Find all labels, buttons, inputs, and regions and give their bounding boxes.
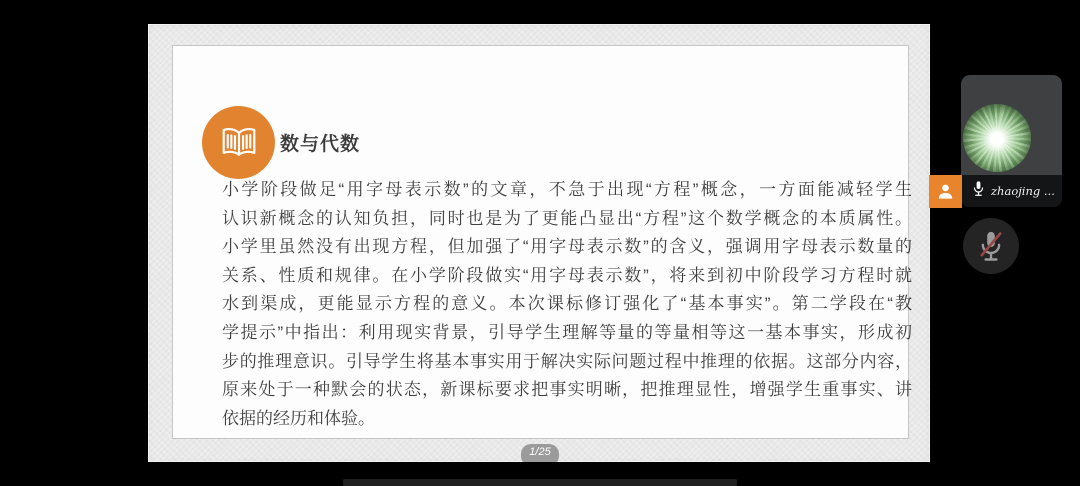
open-book-icon [202,106,275,179]
paragraph-line: 水到渠成，更能显示方程的意义。本次课标修订强化了“基本事实”。第二学段在“教 [222,290,912,319]
mute-toggle-button[interactable] [963,218,1019,274]
slide-title: 数与代数 [280,129,360,156]
meeting-window: 数与代数 小学阶段做足“用字母表示数”的文章，不急于出现“方程”概念，一方面能减… [0,0,1080,486]
slide-paragraph: 小学阶段做足“用字母表示数”的文章，不急于出现“方程”概念，一方面能减轻学生 认… [222,176,912,433]
paragraph-line: 关系、性质和规律。在小学阶段做实“用字母表示数”，将来到初中阶段学习方程时就 [222,262,912,291]
participant-name-bar: zhaojing ... [961,175,1062,207]
paragraph-line: 原来处于一种默会的状态，新课标要求把事实明晰，把推理显性，增强学生重事实、讲 [222,376,912,405]
paragraph-line: 小学阶段做足“用字母表示数”的文章，不急于出现“方程”概念，一方面能减轻学生 [222,176,912,205]
paragraph-line: 学提示”中指出：利用现实背景，引导学生理解等量的等量相等这一基本事实，形成初 [222,319,912,348]
paragraph-line: 依据的经历和体验。 [222,405,912,434]
participant-name: zhaojing ... [991,184,1055,198]
paragraph-line: 认识新概念的认知负担，同时也是为了更能凸显出“方程”这个数学概念的本质属性。 [222,205,912,234]
page-indicator: 1/25 [521,444,559,462]
person-icon [929,175,962,208]
bottom-taskbar-strip [343,479,737,486]
participant-video-tile[interactable]: zhaojing ... [961,75,1062,207]
participant-avatar [963,104,1031,172]
shared-slide: 数与代数 小学阶段做足“用字母表示数”的文章，不急于出现“方程”概念，一方面能减… [148,24,930,462]
paragraph-line: 步的推理意识。引导学生将基本事实用于解决实际问题过程中推理的依据。这部分内容， [222,348,912,377]
paragraph-line: 小学里虽然没有出现方程，但加强了“用字母表示数”的含义，强调用字母表示数量的 [222,233,912,262]
slide-content: 数与代数 小学阶段做足“用字母表示数”的文章，不急于出现“方程”概念，一方面能减… [172,45,909,439]
microphone-icon [972,180,985,203]
